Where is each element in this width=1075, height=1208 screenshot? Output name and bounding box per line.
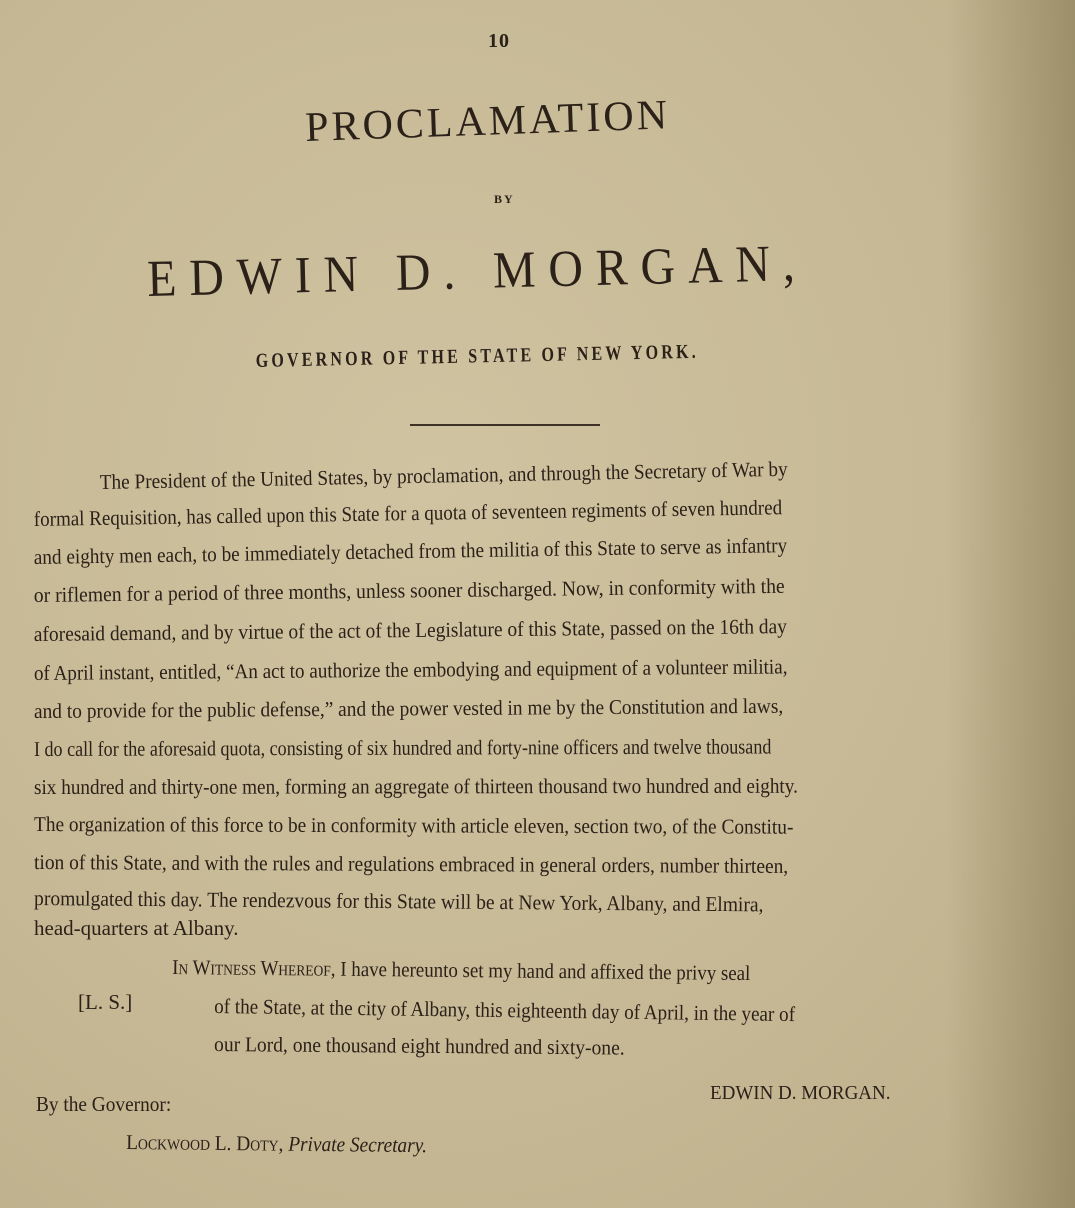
page-number: 10 [488, 30, 510, 53]
body-line: and to provide for the public defense,” … [34, 694, 783, 724]
author-title: GOVERNOR OF THE STATE OF NEW YORK. [256, 341, 700, 373]
witness-line-3: our Lord, one thousand eight hundred and… [214, 1032, 625, 1061]
witness-lead: In Witness Whereof, [172, 955, 336, 981]
body-line: of April instant, entitled, “An act to a… [34, 654, 788, 686]
by-label: BY [494, 192, 515, 207]
book-page: 10 PROCLAMATION BY EDWIN D. MORGAN, GOVE… [0, 0, 1075, 1208]
body-line: and eighty men each, to be immediately d… [34, 533, 788, 570]
by-the-governor: By the Governor: [36, 1092, 171, 1117]
witness-line-1-rest: I have hereunto set my hand and affixed … [335, 957, 750, 985]
seal-marker: [L. S.] [78, 990, 132, 1015]
body-line: six hundred and thirty-one men, forming … [34, 774, 798, 800]
witness-line-2: of the State, at the city of Albany, thi… [214, 994, 795, 1027]
title-divider [410, 424, 600, 426]
body-line: I do call for the aforesaid quota, consi… [34, 734, 771, 762]
body-line: head-quarters at Albany. [34, 916, 238, 941]
body-line: or riflemen for a period of three months… [34, 574, 785, 608]
witness-line-1: In Witness Whereof, I have hereunto set … [172, 955, 750, 986]
body-line: The President of the United States, by p… [100, 457, 788, 495]
body-line: promulgated this day. The rendezvous for… [34, 886, 764, 917]
body-line: The organization of this force to be in … [34, 812, 793, 840]
secretary-name: Lockwood L. Doty, [126, 1130, 284, 1156]
secretary-title: Private Secretary. [288, 1132, 427, 1157]
body-line: aforesaid demand, and by virtue of the a… [34, 614, 787, 647]
document-title: PROCLAMATION [304, 91, 670, 152]
secretary-line: Lockwood L. Doty, Private Secretary. [126, 1130, 427, 1158]
body-line: formal Requisition, has called upon this… [34, 495, 783, 532]
body-line: tion of this State, and with the rules a… [34, 850, 788, 879]
author-name: EDWIN D. MORGAN, [147, 234, 809, 309]
governor-signature: EDWIN D. MORGAN. [710, 1082, 890, 1105]
